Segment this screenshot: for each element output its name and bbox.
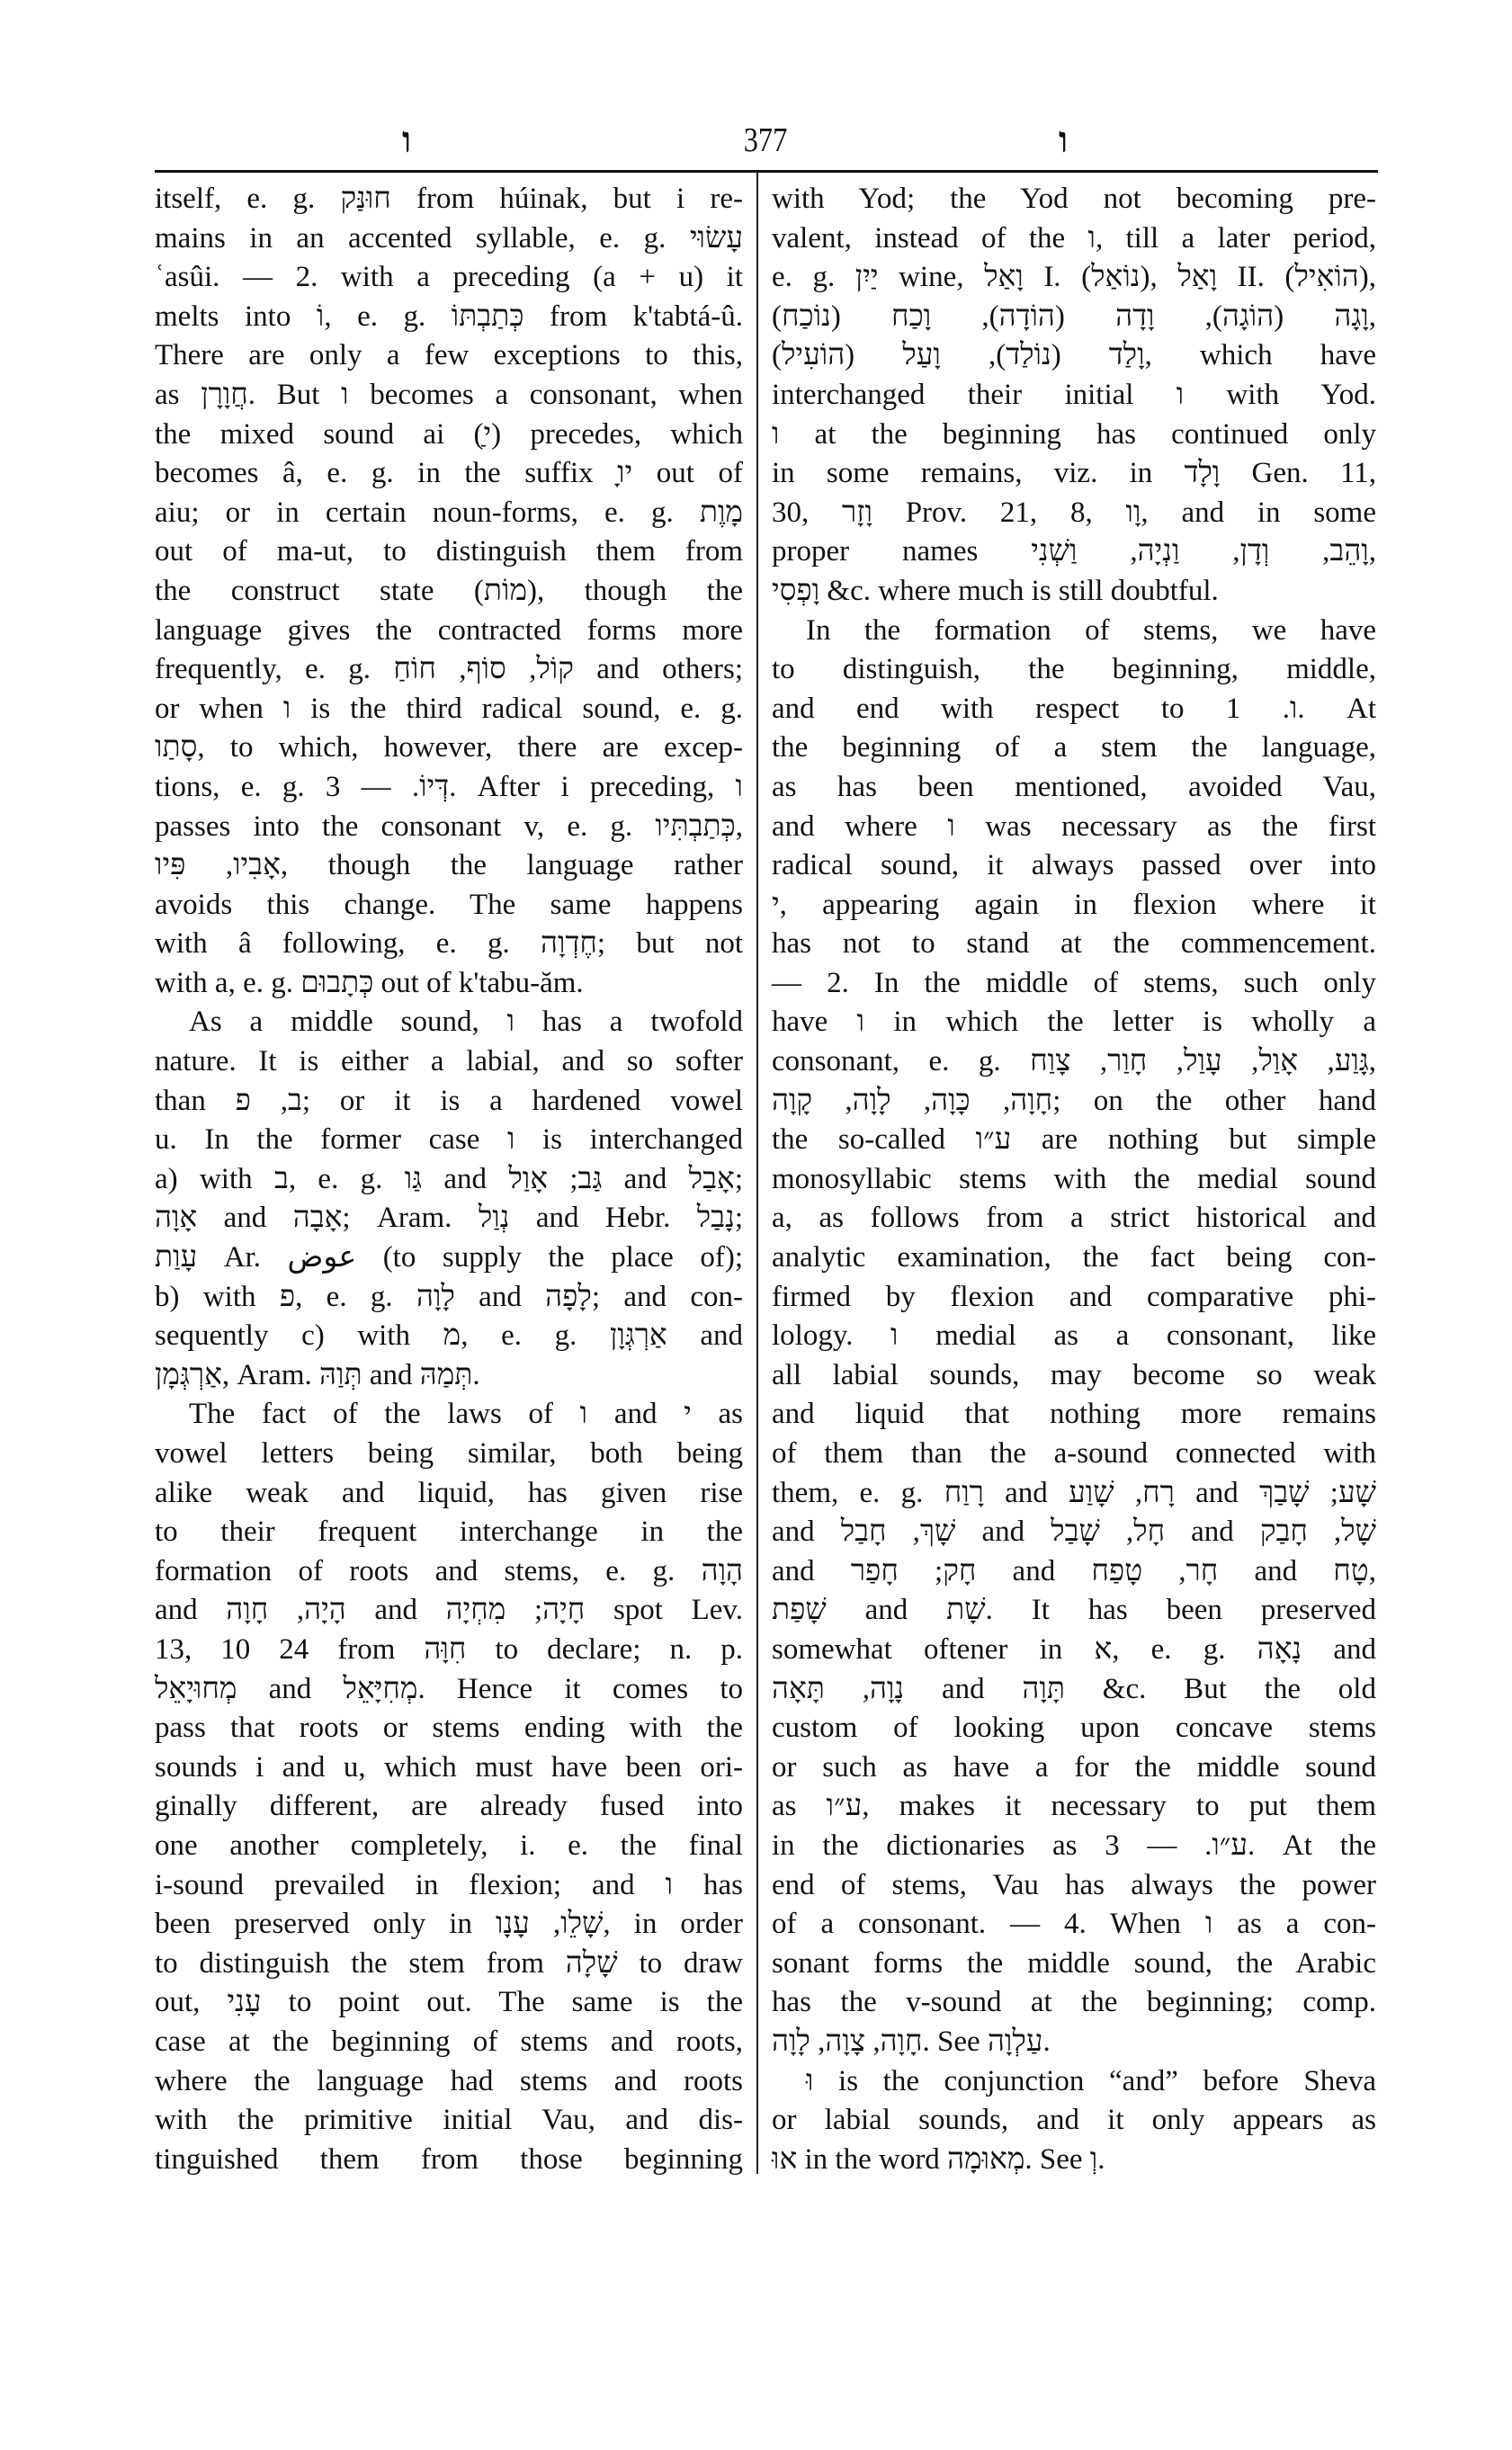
text-line: to distinguish the stem from שָׁלָה to d…: [155, 1945, 743, 1984]
text-line: וּ is the conjunction “and” before Sheva: [772, 2062, 1376, 2102]
text-line: חָוָה, צָוָה, לָוָה. See עַלְוָה.: [772, 2023, 1376, 2062]
text-line: interchanged their initial ו with Yod.: [772, 376, 1376, 416]
text-line: 13, 10 24 from חִוָּה to declare; n. p.: [155, 1631, 743, 1670]
text-line: out, עָנִי to point out. The same is the: [155, 1983, 743, 2023]
text-line: tions, e. g. דְּיוֹ. — 3. After i preced…: [155, 768, 743, 808]
text-line: and הָיָה, חָוָה and חָיָה; מִחְיָה spot…: [155, 1591, 743, 1631]
text-line: proper names וָהֵב, וְדָן, וַנְיָה, וַשְ…: [772, 532, 1376, 572]
text-line: and חָק; חָפַר and חָר, טָפַח and טָח,: [772, 1552, 1376, 1592]
text-line: וָלַד (נוֹלַד), וָעַל (הוֹעִיל), which h…: [772, 336, 1376, 376]
text-line: to their frequent interchange in the: [155, 1513, 743, 1552]
right-column: with Yod; the Yod not becoming pre-valen…: [772, 180, 1376, 2179]
text-line: them, e. g. רָוַח and רָח, שָׁוַע and שָ…: [772, 1474, 1376, 1514]
text-line: The fact of the laws of ו and י as: [155, 1395, 743, 1435]
text-line: have ו in which the letter is wholly a: [772, 1003, 1376, 1042]
text-line: the beginning of a stem the language,: [772, 729, 1376, 768]
text-line: with Yod; the Yod not becoming pre-: [772, 180, 1376, 219]
text-line: valent, instead of the ו, till a later p…: [772, 219, 1376, 259]
text-line: וָפְסִי &c. where much is still doubtful…: [772, 572, 1376, 612]
text-line: alike weak and liquid, has given rise: [155, 1474, 743, 1514]
text-line: to distinguish, the beginning, middle,: [772, 650, 1376, 690]
text-line: with the primitive initial Vau, and dis-: [155, 2101, 743, 2141]
text-line: There are only a few exceptions to this,: [155, 336, 743, 376]
text-line: radical sound, it always passed over int…: [772, 846, 1376, 886]
text-line: the so-called ע״ו are nothing but simple: [772, 1121, 1376, 1160]
text-line: ginally different, are already fused int…: [155, 1787, 743, 1827]
text-line: אַרְגְּמָן, Aram. תְּוַהּ and תְּמַהּ.: [155, 1356, 743, 1396]
text-line: ʿasûi. — 2. with a preceding (a + u) it: [155, 258, 743, 298]
text-line: with a, e. g. כְּתָבוּם out of k'tabu-ăm…: [155, 964, 743, 1004]
text-line: language gives the contracted forms more: [155, 612, 743, 651]
text-line: aiu; or in certain noun-forms, e. g. מָו…: [155, 494, 743, 533]
header-rule: [155, 170, 1378, 173]
text-line: as חֲוָרָן. But ו becomes a consonant, w…: [155, 376, 743, 416]
text-line: sonant forms the middle sound, the Arabi…: [772, 1945, 1376, 1984]
text-line: nature. It is either a labial, and so so…: [155, 1042, 743, 1082]
text-line: of them than the a-sound connected with: [772, 1435, 1376, 1474]
text-line: itself, e. g. חוּנַּק from húinak, but i…: [155, 180, 743, 219]
text-line: sequently c) with מ, e. g. אַרְגְּוָן an…: [155, 1317, 743, 1356]
text-line: monosyllabic stems with the medial sound: [772, 1160, 1376, 1200]
text-line: and end with respect to ו. 1. At: [772, 690, 1376, 729]
text-line: b) with פ, e. g. לָוָה and לָפָה; and co…: [155, 1278, 743, 1318]
text-line: case at the beginning of stems and roots…: [155, 2023, 743, 2062]
text-line: — 2. In the middle of stems, such only: [772, 964, 1376, 1004]
text-line: melts into וֹ, e. g. כְּתַבְתּוֹ from k'…: [155, 298, 743, 337]
text-line: in the dictionaries as ע״ו. — 3. At the: [772, 1827, 1376, 1866]
text-line: one another completely, i. e. the final: [155, 1827, 743, 1866]
text-line: u. In the former case ו is interchanged: [155, 1121, 743, 1160]
text-line: the construct state (מוֹת), though the: [155, 572, 743, 612]
text-line: tinguished them from those beginning: [155, 2141, 743, 2180]
text-line: firmed by flexion and comparative phi-: [772, 1278, 1376, 1318]
text-line: אָוָה and אָבָה; Aram. נְוַל and Hebr. נ…: [155, 1199, 743, 1238]
text-line: שָׁפַת and שָׁת. It has been preserved: [772, 1591, 1376, 1631]
text-line: has not to stand at the commencement.: [772, 925, 1376, 964]
text-line: as has been mentioned, avoided Vau,: [772, 768, 1376, 808]
text-line: מְחוּיָאֵל and מְחִיָּאֵל. Hence it come…: [155, 1670, 743, 1710]
text-line: אוּ in the word מְאוּמָה. See וְ.: [772, 2141, 1376, 2180]
text-line: vowel letters being similar, both being: [155, 1435, 743, 1474]
header-letter-right: ו: [1059, 115, 1068, 165]
text-line: analytic examination, the fact being con…: [772, 1238, 1376, 1278]
text-line: becomes â, e. g. in the suffix ָיו out o…: [155, 454, 743, 494]
text-line: mains in an accented syllable, e. g. עָש…: [155, 219, 743, 259]
text-line: י, appearing again in flexion where it: [772, 886, 1376, 925]
text-line: somewhat oftener in א, e. g. נָאָה and: [772, 1631, 1376, 1670]
text-line: a) with ב, e. g. גַּו and גַּב; אָוַל an…: [155, 1160, 743, 1200]
page-number: 377: [246, 115, 1284, 165]
text-line: the mixed sound ai (ַי) precedes, which: [155, 416, 743, 455]
text-line: formation of roots and stems, e. g. הָוָ…: [155, 1552, 743, 1592]
text-line: In the formation of stems, we have: [772, 612, 1376, 651]
text-line: passes into the consonant v, e. g. כְּתַ…: [155, 808, 743, 847]
text-line: out of ma-ut, to distinguish them from: [155, 532, 743, 572]
text-line: consonant, e. g. גָּוַע, אָוַל, עָוַל, ח…: [772, 1042, 1376, 1082]
text-line: As a middle sound, ו has a twofold: [155, 1003, 743, 1042]
text-line: sounds i and u, which must have been ori…: [155, 1748, 743, 1788]
text-line: חָוָה, כָּוָה, לָוָה, קָוָה; on the othe…: [772, 1082, 1376, 1122]
text-line: in some remains, viz. in וָלָד Gen. 11,: [772, 454, 1376, 494]
text-line: and where ו was necessary as the first: [772, 808, 1376, 847]
text-line: and liquid that nothing more remains: [772, 1395, 1376, 1435]
text-line: been preserved only in שָׁלֵו, עָנָו, in…: [155, 1905, 743, 1945]
text-line: 30, וָזָר Prov. 21, 8, וָו, and in some: [772, 494, 1376, 533]
text-line: נָוָה, תָּאָה and תָּוָה &c. But the old: [772, 1670, 1376, 1710]
text-line: סָתַו, to which, however, there are exce…: [155, 729, 743, 768]
text-line: וָגָה (הוֹגָה), וָדָה (הוֹדָה), וָכַח (נ…: [772, 298, 1376, 337]
running-header: ו 377 ו: [155, 115, 1376, 165]
text-line: or such as have a for the middle sound: [772, 1748, 1376, 1788]
text-line: where the language had stems and roots: [155, 2062, 743, 2102]
text-line: e. g. יַיִן wine, וָאַל I. (נוֹאַל), וָא…: [772, 258, 1376, 298]
text-line: of a consonant. — 4. When ו as a con-: [772, 1905, 1376, 1945]
text-line: frequently, e. g. קוֹל, סוֹף, חוֹחַ and …: [155, 650, 743, 690]
column-divider: [756, 173, 758, 2174]
text-line: with â following, e. g. חֶדְוָה; but not: [155, 925, 743, 964]
text-line: has the v-sound at the beginning; comp.: [772, 1983, 1376, 2023]
text-line: and שָׁךְ, חָבַל and חָל, שָׁבַל and שָׁ…: [772, 1513, 1376, 1552]
text-line: custom of looking upon concave stems: [772, 1709, 1376, 1748]
text-line: as ע״ו, makes it necessary to put them: [772, 1787, 1376, 1827]
text-line: lology. ו medial as a consonant, like: [772, 1317, 1376, 1356]
text-line: i-sound prevailed in flexion; and ו has: [155, 1866, 743, 1906]
text-line: or when ו is the third radical sound, e.…: [155, 690, 743, 729]
text-line: all labial sounds, may become so weak: [772, 1356, 1376, 1396]
text-line: a, as follows from a strict historical a…: [772, 1199, 1376, 1238]
text-line: avoids this change. The same happens: [155, 886, 743, 925]
text-line: than ב, פ; or it is a hardened vowel: [155, 1082, 743, 1122]
text-line: עָוַת Ar. عوض (to supply the place of);: [155, 1238, 743, 1278]
text-line: pass that roots or stems ending with the: [155, 1709, 743, 1748]
text-line: or labial sounds, and it only appears as: [772, 2101, 1376, 2141]
left-column: itself, e. g. חוּנַּק from húinak, but i…: [155, 180, 743, 2179]
text-line: ו at the beginning has continued only: [772, 416, 1376, 455]
text-line: אָבִיו, פִּיו, though the language rathe…: [155, 846, 743, 886]
text-line: end of stems, Vau has always the power: [772, 1866, 1376, 1906]
